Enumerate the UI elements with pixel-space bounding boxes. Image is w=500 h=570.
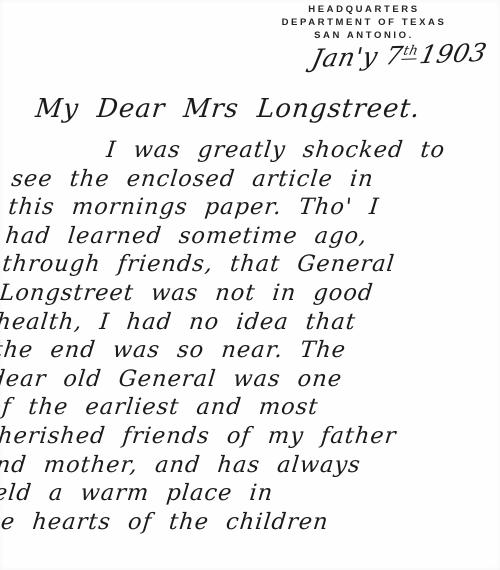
- letter-body: I was greatly shocked to see the enclose…: [0, 136, 496, 536]
- handwritten-line: this mornings paper. Tho' I: [7, 193, 490, 222]
- handwritten-line: Longstreet was not in good: [0, 279, 481, 308]
- handwritten-date: Jan'y 7th1903: [310, 38, 490, 73]
- date-year: 1903: [418, 38, 490, 69]
- handwritten-line: and mother, and has always: [0, 451, 463, 480]
- handwritten-line: health, I had no idea that: [0, 308, 478, 337]
- date-ordinal: th: [402, 43, 420, 60]
- letterhead-line-headquarters: HEADQUARTERS: [244, 3, 484, 16]
- date-day: Jan'y 7: [310, 41, 406, 73]
- handwritten-line: through friends, that General: [1, 250, 484, 279]
- letterhead-line-department: DEPARTMENT OF TEXAS: [244, 16, 484, 29]
- letter-scan-page: HEADQUARTERS DEPARTMENT OF TEXAS SAN ANT…: [0, 0, 500, 570]
- letterhead: HEADQUARTERS DEPARTMENT OF TEXAS SAN ANT…: [244, 3, 484, 42]
- handwritten-line: the end was so near. The: [0, 336, 475, 365]
- handwritten-line: had learned sometime ago,: [4, 222, 487, 251]
- handwritten-line: held a warm place in: [0, 479, 460, 508]
- handwritten-line: cherished friends of my father: [0, 422, 466, 451]
- handwritten-line: I was greatly shocked to: [13, 136, 496, 165]
- handwritten-line: of the earliest and most: [0, 393, 469, 422]
- handwritten-line: the hearts of the children: [0, 508, 457, 537]
- salutation: My Dear Mrs Longstreet.: [34, 94, 422, 124]
- handwritten-line: see the enclosed article in: [10, 165, 493, 194]
- handwritten-line: dear old General was one: [0, 365, 472, 394]
